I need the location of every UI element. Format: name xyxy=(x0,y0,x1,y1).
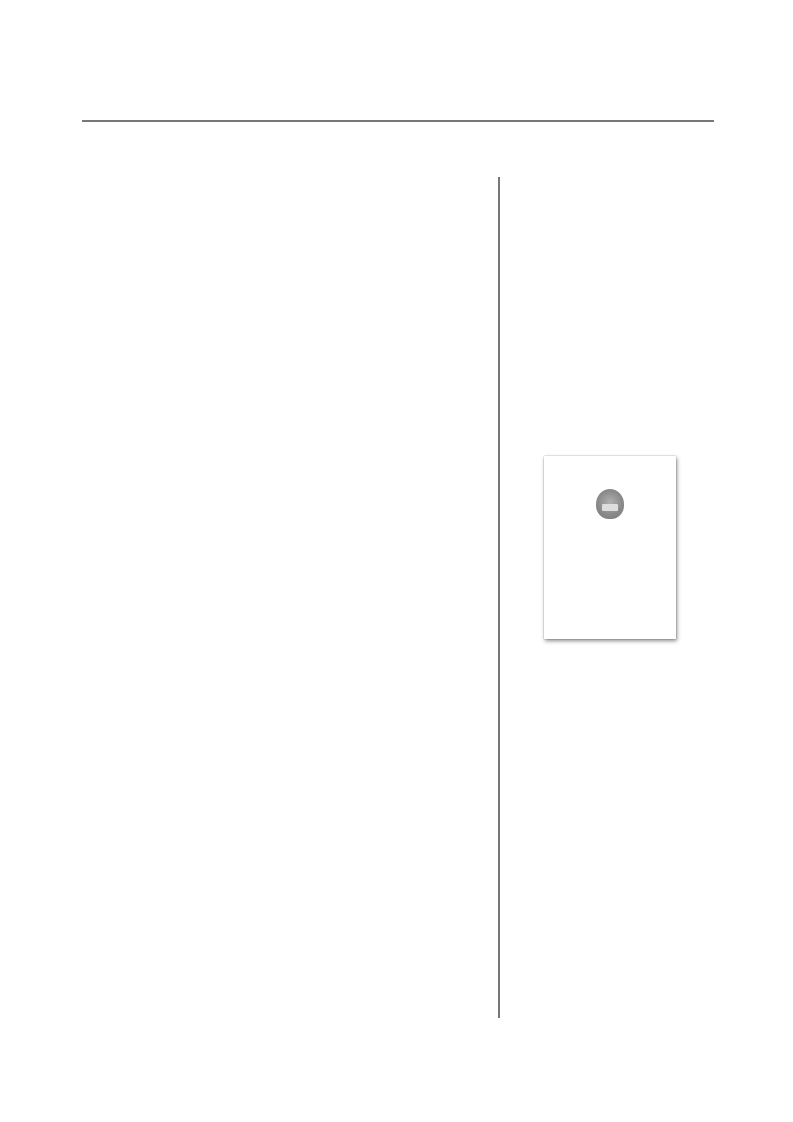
phone-label xyxy=(529,788,719,809)
cover-thumbnail xyxy=(544,456,676,639)
contact-info xyxy=(529,706,719,993)
postcode-label xyxy=(529,870,719,891)
permit-label xyxy=(529,911,719,932)
phone-value xyxy=(529,809,719,830)
fax-value xyxy=(529,850,719,871)
header-rule xyxy=(82,120,714,122)
address-label xyxy=(529,706,719,727)
national-emblem-icon xyxy=(596,489,624,519)
email-label xyxy=(529,747,719,768)
fax-label xyxy=(529,829,719,850)
permit-value xyxy=(529,932,719,953)
postcode-value xyxy=(529,891,719,912)
email-value xyxy=(529,768,719,789)
printer-label xyxy=(529,952,603,973)
column-divider xyxy=(498,177,500,1018)
address-value xyxy=(529,727,719,748)
printer-value xyxy=(529,973,719,994)
